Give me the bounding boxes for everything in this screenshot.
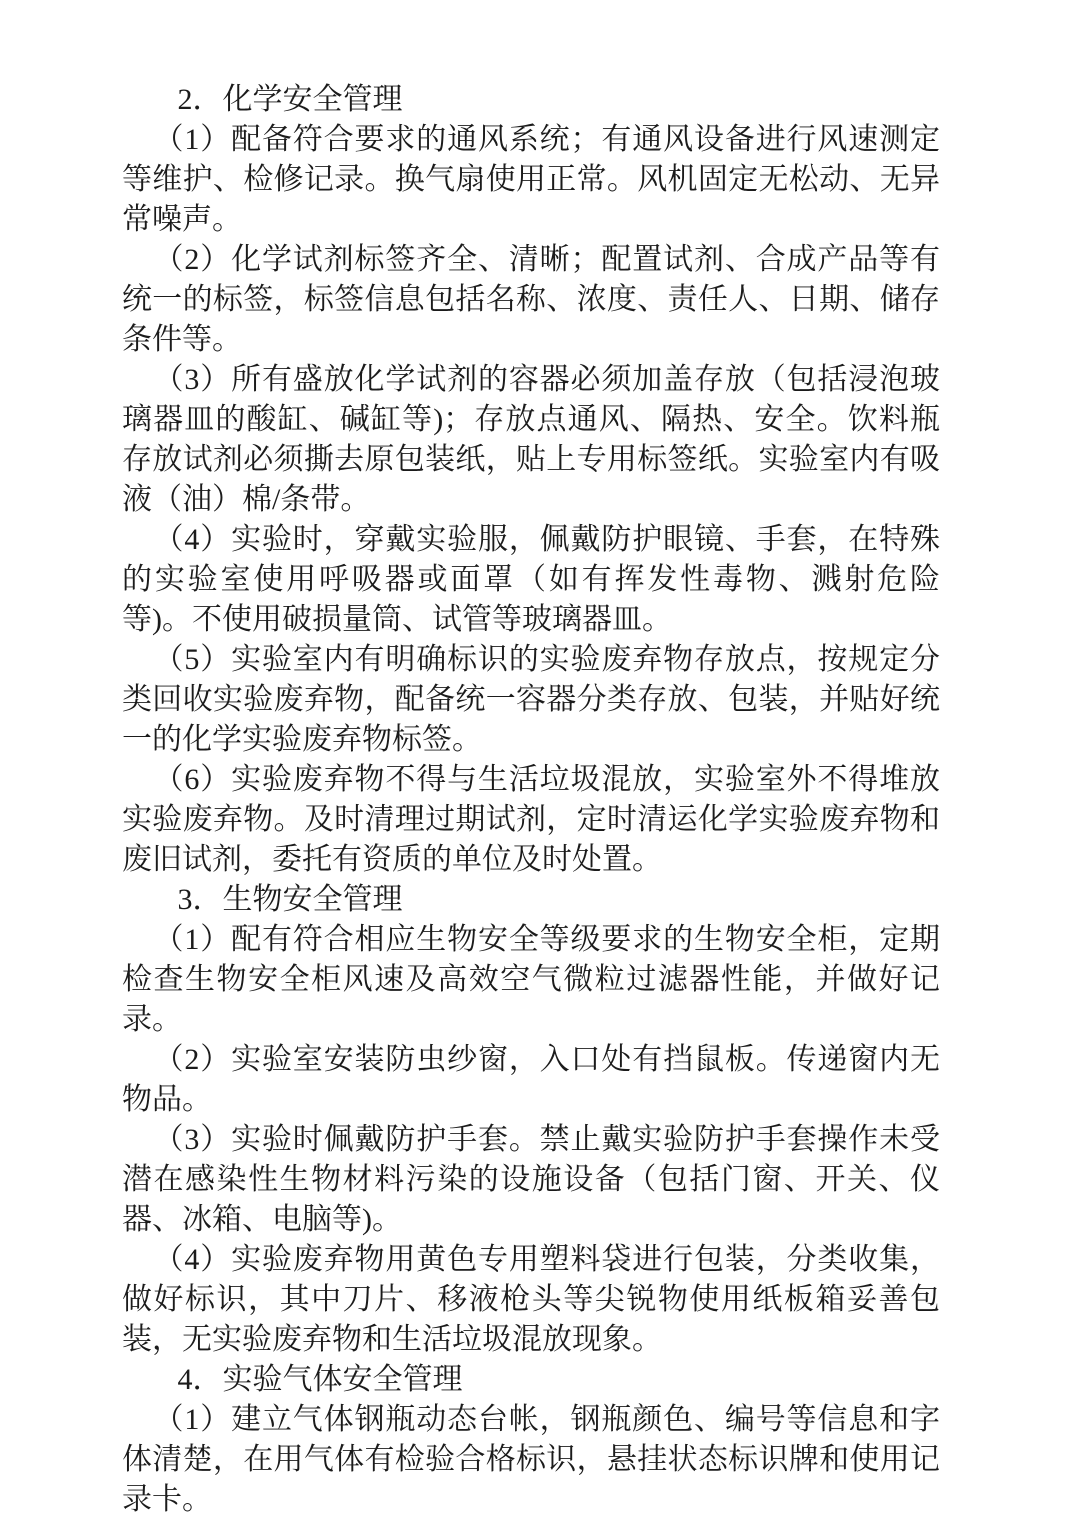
chemical-safety-item-2: （2）化学试剂标签齐全、清晰；配置试剂、合成产品等有统一的标签，标签信息包括名称…: [122, 240, 940, 360]
heading-chemical-safety: 2．化学安全管理: [122, 80, 940, 120]
heading-gas-safety: 4．实验气体安全管理: [122, 1360, 940, 1400]
chemical-safety-item-4: （4）实验时，穿戴实验服，佩戴防护眼镜、手套，在特殊的实验室使用呼吸器或面罩（如…: [122, 520, 940, 640]
gas-safety-item-1: （1）建立气体钢瓶动态台帐，钢瓶颜色、编号等信息和字体清楚，在用气体有检验合格标…: [122, 1400, 940, 1520]
biological-safety-item-2: （2）实验室安装防虫纱窗，入口处有挡鼠板。传递窗内无物品。: [122, 1040, 940, 1120]
chemical-safety-item-1: （1）配备符合要求的通风系统；有通风设备进行风速测定等维护、检修记录。换气扇使用…: [122, 120, 940, 240]
biological-safety-item-1: （1）配有符合相应生物安全等级要求的生物安全柜，定期检查生物安全柜风速及高效空气…: [122, 920, 940, 1040]
chemical-safety-item-6: （6）实验废弃物不得与生活垃圾混放，实验室外不得堆放实验废弃物。及时清理过期试剂…: [122, 760, 940, 880]
chemical-safety-item-3: （3）所有盛放化学试剂的容器必须加盖存放（包括浸泡玻璃器皿的酸缸、碱缸等)；存放…: [122, 360, 940, 520]
document-page: 2．化学安全管理 （1）配备符合要求的通风系统；有通风设备进行风速测定等维护、检…: [0, 0, 1080, 1527]
biological-safety-item-4: （4）实验废弃物用黄色专用塑料袋进行包装，分类收集，做好标识，其中刀片、移液枪头…: [122, 1240, 940, 1360]
heading-biological-safety: 3．生物安全管理: [122, 880, 940, 920]
chemical-safety-item-5: （5）实验室内有明确标识的实验废弃物存放点，按规定分类回收实验废弃物，配备统一容…: [122, 640, 940, 760]
document-text-block: 2．化学安全管理 （1）配备符合要求的通风系统；有通风设备进行风速测定等维护、检…: [122, 80, 940, 1520]
biological-safety-item-3: （3）实验时佩戴防护手套。禁止戴实验防护手套操作未受潜在感染性生物材料污染的设施…: [122, 1120, 940, 1240]
